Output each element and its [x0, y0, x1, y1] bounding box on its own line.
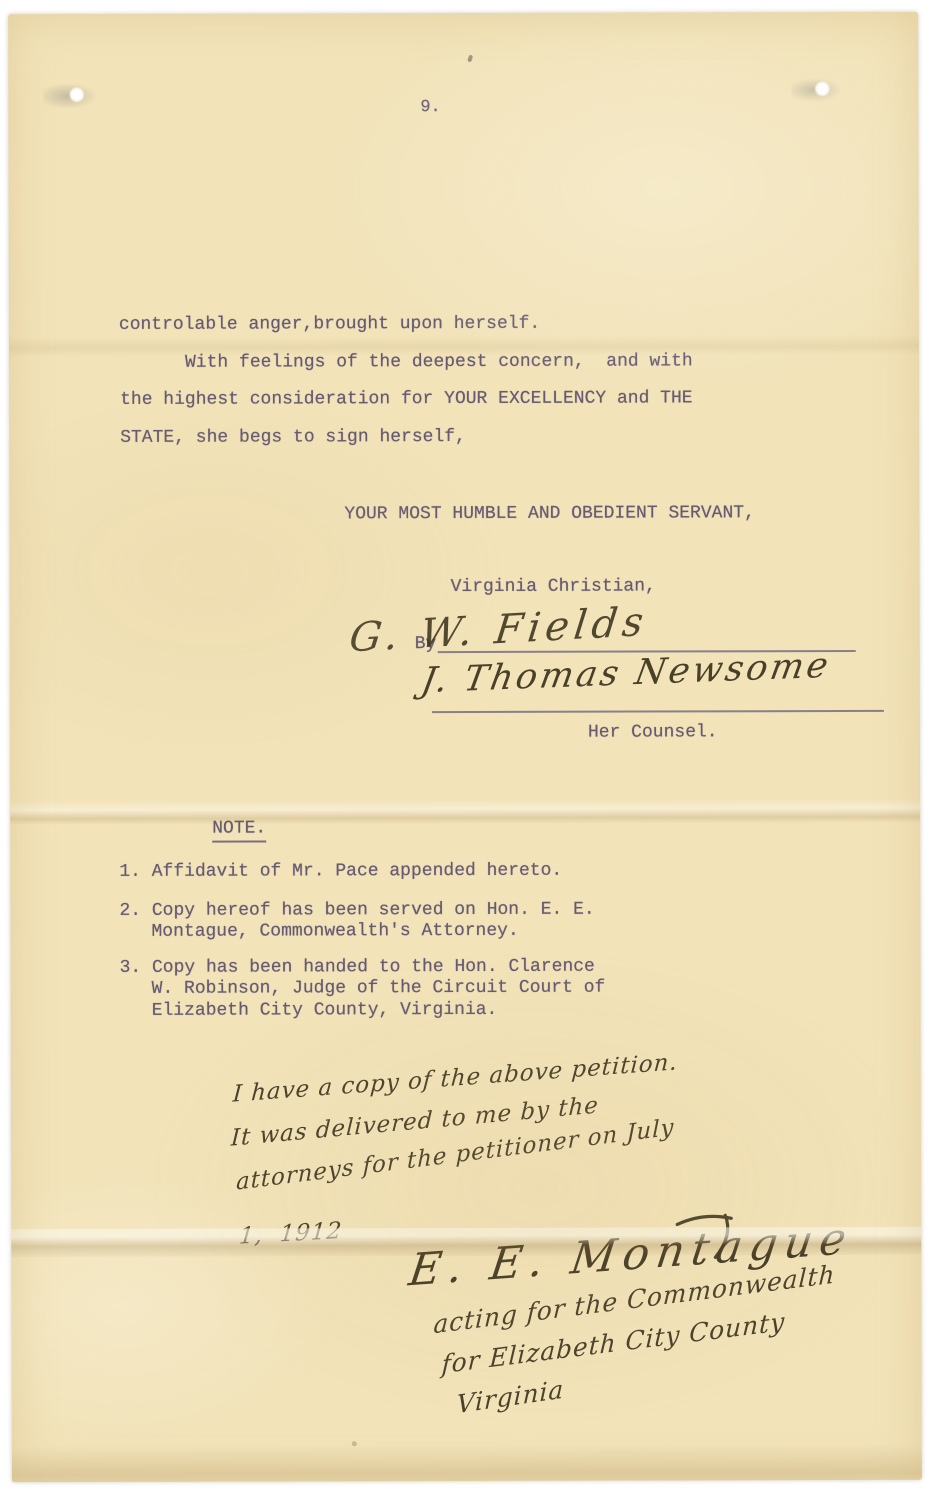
body-line-4: STATE, she begs to sign herself,	[120, 427, 466, 448]
note-item-3-line-3: Elizabeth City County, Virginia.	[152, 1000, 498, 1021]
note-item-1-line-1: 1. Affidavit of Mr. Pace appended hereto…	[119, 861, 562, 882]
bottom-edge-shading	[12, 1444, 922, 1482]
scanned-document-page: { "meta": { "page_number": "9." }, "colo…	[0, 0, 937, 1500]
signature-rule-2	[432, 710, 884, 713]
attorney-title-line-3: Virginia	[456, 1374, 564, 1419]
body-line-3: the highest consideration for YOUR EXCEL…	[120, 388, 693, 409]
note-item-2-line-2: Montague, Commonwealth's Attorney.	[151, 921, 518, 942]
ink-speck	[467, 55, 473, 63]
note-item-3-line-2: W. Robinson, Judge of the Circuit Court …	[152, 978, 606, 999]
paper-speck	[352, 1441, 357, 1446]
counsel-label: Her Counsel.	[588, 722, 718, 742]
body-line-2: With feelings of the deepest concern, an…	[185, 351, 693, 372]
note-item-2-line-1: 2. Copy hereof has been served on Hon. E…	[119, 900, 594, 921]
staple-mark-left	[43, 83, 97, 109]
body-line-1: controlable anger,brought upon herself.	[119, 314, 540, 335]
paper-sheet: 9. controlable anger,brought upon hersel…	[8, 12, 922, 1482]
note-heading: NOTE.	[212, 819, 266, 843]
receipt-note-line-4: 1, 1912	[238, 1218, 343, 1250]
fold-crease-middle	[10, 799, 920, 825]
page-number: 9.	[420, 98, 440, 118]
staple-mark-right	[791, 78, 841, 102]
note-item-3-line-1: 3. Copy has been handed to the Hon. Clar…	[120, 957, 595, 978]
signatory-name: Virginia Christian,	[451, 576, 656, 597]
valediction: YOUR MOST HUMBLE AND OBEDIENT SERVANT,	[344, 503, 755, 524]
receipt-note-line-1: I have a copy of the above petition.	[232, 1049, 679, 1107]
